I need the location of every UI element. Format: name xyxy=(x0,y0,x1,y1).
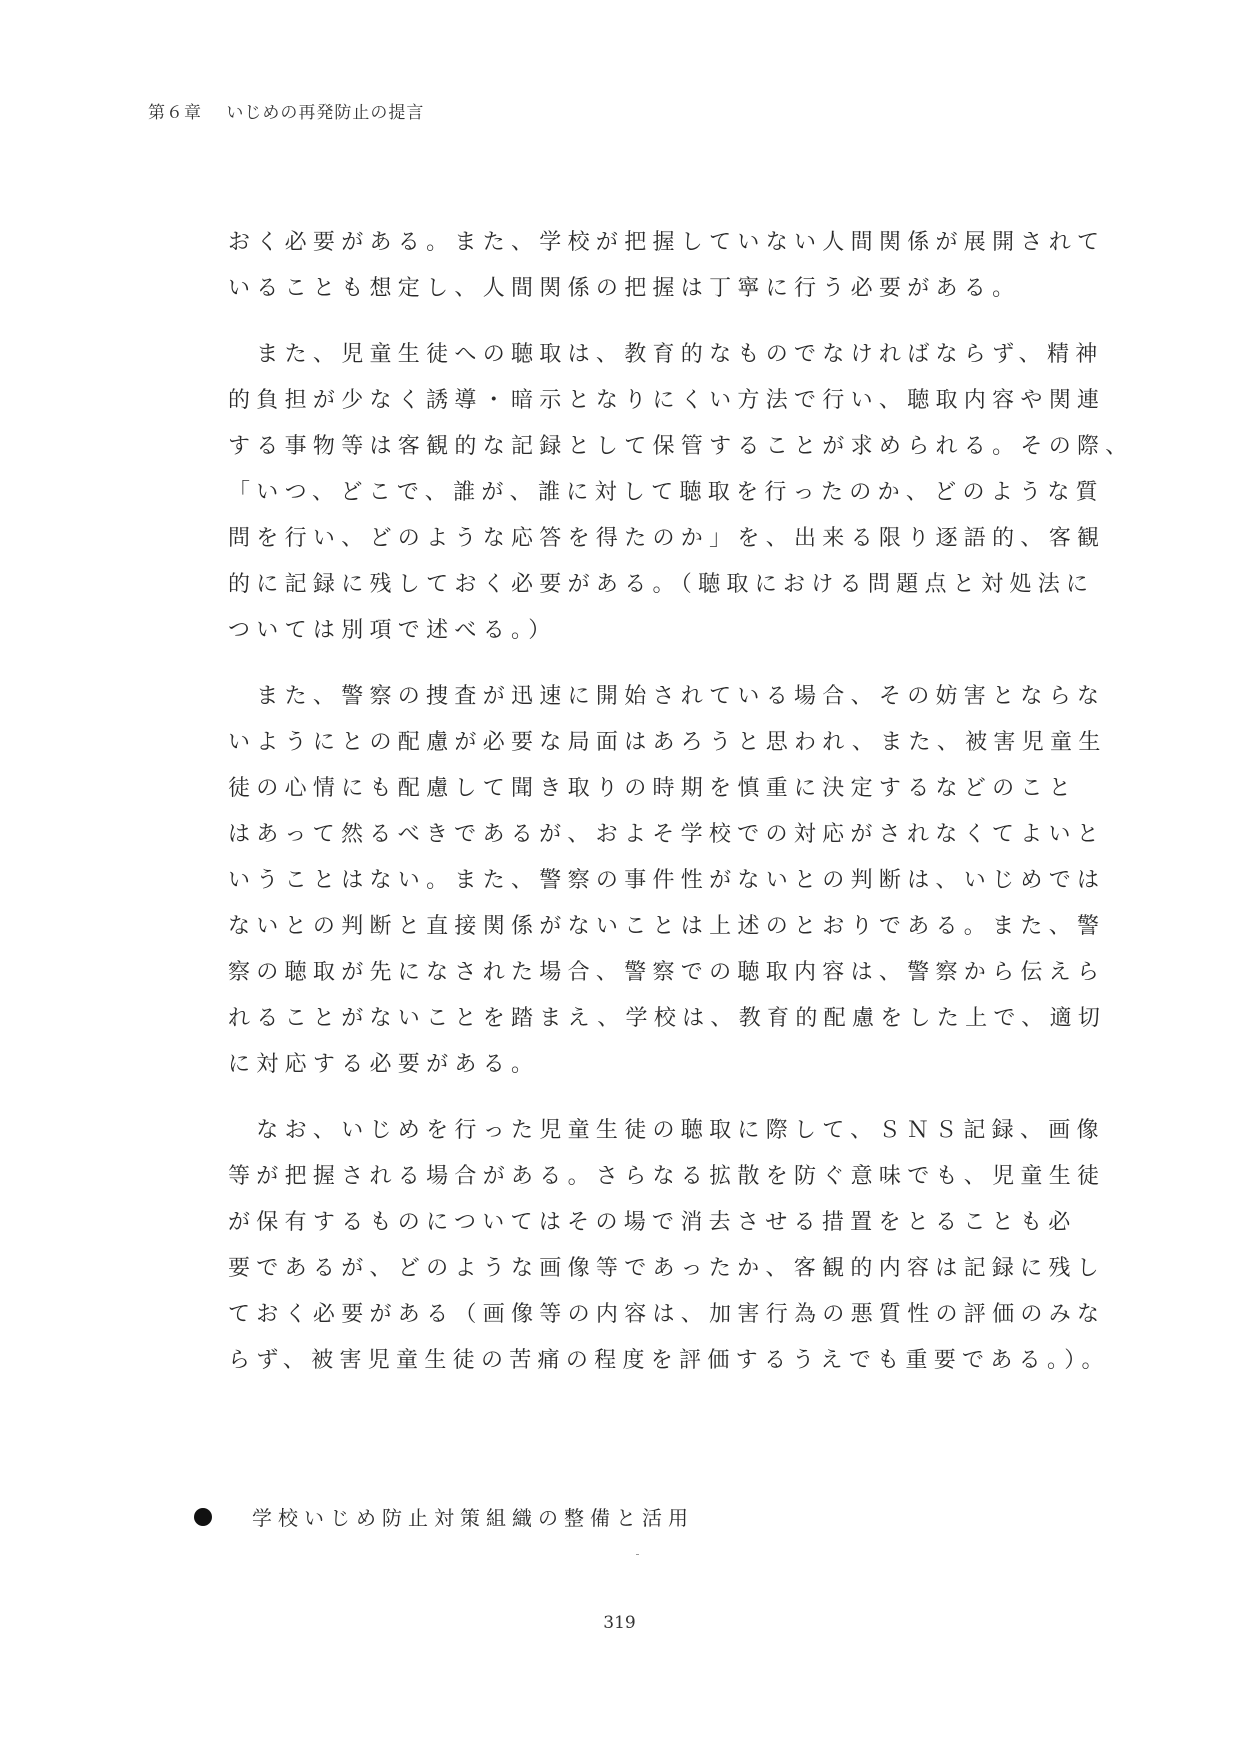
text-line: 等が把握される場合がある。さらなる拡散を防ぐ意味でも、児童生徒 xyxy=(228,1154,1058,1200)
bullet-icon xyxy=(194,1508,212,1526)
chapter-number: 第６章 xyxy=(148,103,202,123)
text-line: また、警察の捜査が迅速に開始されている場合、その妨害とならな xyxy=(228,674,1058,720)
paragraph-4: なお、いじめを行った児童生徒の聴取に際して、ＳＮＳ記録、画像 等が把握される場合… xyxy=(228,1108,1058,1384)
text-line: に対応する必要がある。 xyxy=(228,1042,1058,1088)
text-line: 要であるが、どのような画像等であったか、客観的内容は記録に残し xyxy=(228,1246,1058,1292)
text-line: なお、いじめを行った児童生徒の聴取に際して、ＳＮＳ記録、画像 xyxy=(228,1108,1058,1154)
paragraph-1: おく必要がある。また、学校が把握していない人間関係が展開されて いることも想定し… xyxy=(228,220,1058,312)
text-line: 的に記録に残しておく必要がある。（聴取における問題点と対処法に xyxy=(228,562,1058,608)
running-header: 第６章 いじめの再発防止の提言 xyxy=(148,98,424,123)
text-line: いようにとの配慮が必要な局面はあろうと思われ、また、被害児童生 xyxy=(228,720,1058,766)
scan-mark xyxy=(636,1554,639,1555)
text-line: ついては別項で述べる。） xyxy=(228,608,1058,654)
text-line: 察の聴取が先になされた場合、警察での聴取内容は、警察から伝えら xyxy=(228,950,1058,996)
paragraph-3: また、警察の捜査が迅速に開始されている場合、その妨害とならな いようにとの配慮が… xyxy=(228,674,1058,1088)
text-line: する事物等は客観的な記録として保管することが求められる。その際、 xyxy=(228,424,1058,470)
text-line: 的負担が少なく誘導・暗示となりにくい方法で行い、聴取内容や関連 xyxy=(228,378,1058,424)
text-line: ないとの判断と直接関係がないことは上述のとおりである。また、警 xyxy=(228,904,1058,950)
text-line: ておく必要がある（画像等の内容は、加害行為の悪質性の評価のみな xyxy=(228,1292,1058,1338)
text-line: いうことはない。また、警察の事件性がないとの判断は、いじめでは xyxy=(228,858,1058,904)
text-line: おく必要がある。また、学校が把握していない人間関係が展開されて xyxy=(228,220,1058,266)
section-heading-text: 学校いじめ防止対策組織の整備と活用 xyxy=(252,1502,694,1531)
section-heading: 学校いじめ防止対策組織の整備と活用 xyxy=(194,1502,694,1531)
text-line: が保有するものについてはその場で消去させる措置をとることも必 xyxy=(228,1200,1058,1246)
text-line: 徒の心情にも配慮して聞き取りの時期を慎重に決定するなどのこと xyxy=(228,766,1058,812)
page-number: 319 xyxy=(0,1613,1239,1633)
text-line: れることがないことを踏まえ、学校は、教育的配慮をした上で、適切 xyxy=(228,996,1058,1042)
text-line: 問を行い、どのような応答を得たのか」を、出来る限り逐語的、客観 xyxy=(228,516,1058,562)
text-line: らず、被害児童生徒の苦痛の程度を評価するうえでも重要である。）。 xyxy=(228,1338,1058,1384)
paragraph-2: また、児童生徒への聴取は、教育的なものでなければならず、精神 的負担が少なく誘導… xyxy=(228,332,1058,654)
text-line: いることも想定し、人間関係の把握は丁寧に行う必要がある。 xyxy=(228,266,1058,312)
text-line: はあって然るべきであるが、およそ学校での対応がされなくてよいと xyxy=(228,812,1058,858)
text-line: 「いつ、どこで、誰が、誰に対して聴取を行ったのか、どのような質 xyxy=(228,470,1058,516)
text-line: また、児童生徒への聴取は、教育的なものでなければならず、精神 xyxy=(228,332,1058,378)
chapter-title: いじめの再発防止の提言 xyxy=(226,103,424,123)
body-text: おく必要がある。また、学校が把握していない人間関係が展開されて いることも想定し… xyxy=(228,220,1058,1404)
